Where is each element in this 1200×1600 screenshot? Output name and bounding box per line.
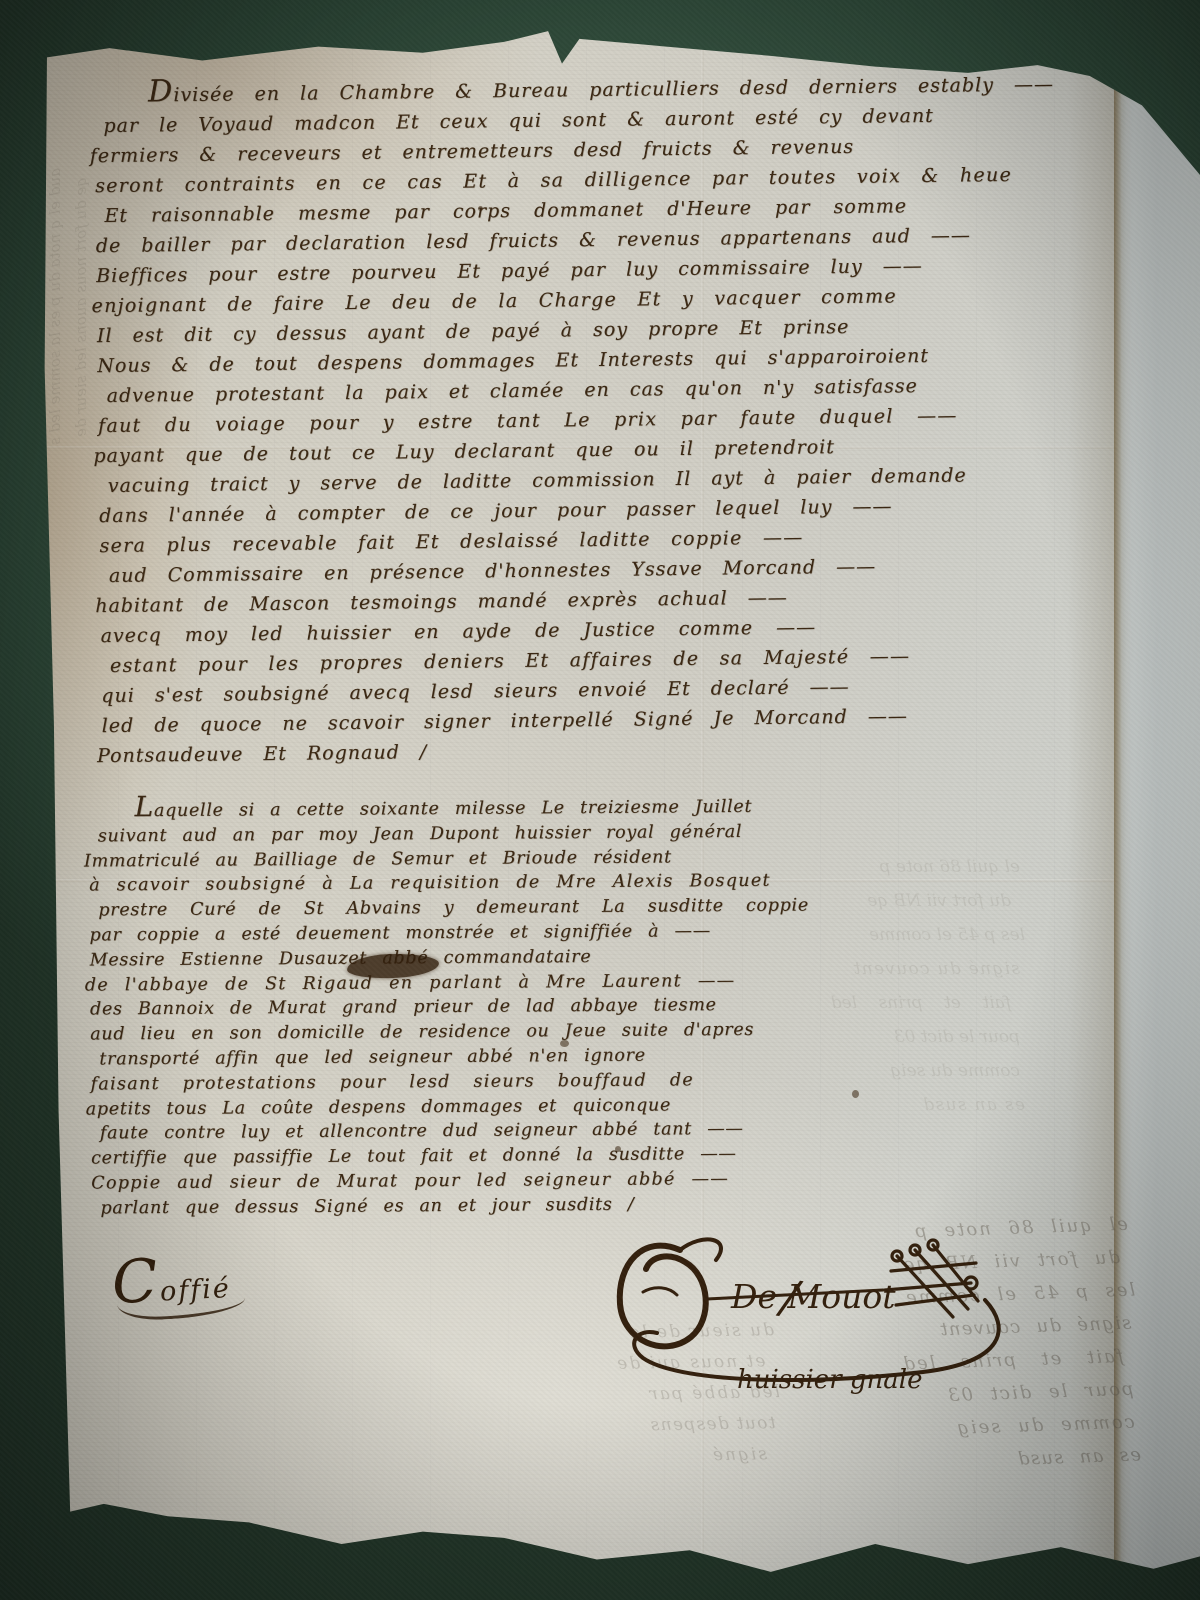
signature-title: huissier gnale: [737, 1365, 922, 1395]
showthrough-line: comme du seig: [654, 1406, 1135, 1456]
showthrough-line: signé: [216, 1439, 767, 1480]
ink-spot: [852, 1090, 859, 1098]
manuscript-paragraph-1: Divisée en la Chambre & Bureau particull…: [94, 66, 1102, 771]
signature-name: De Mouot: [730, 1277, 896, 1316]
showthrough-line: aud el q nota du p es la somme led s: [42, 168, 68, 948]
folded-right-edge: [1114, 28, 1200, 1575]
signature-flourish-icon: De Mouot huissier gnale: [585, 1228, 1017, 1404]
manuscript-paper-sheet: el quil 86 note pdu fort vii NB qeles p …: [40, 28, 1200, 1575]
signature-block: De Mouot huissier gnale: [585, 1228, 1017, 1404]
ink-spot: [478, 206, 483, 211]
ink-spot: [560, 1040, 569, 1047]
photograph-stage: el quil 86 note pdu fort vii NB qeles p …: [0, 0, 1200, 1600]
manuscript-paragraph-2: Laquelle si a cette soixante milesse Le …: [89, 788, 1097, 1221]
showthrough-line: tout despens: [215, 1408, 775, 1449]
ink-spot: [615, 1146, 621, 1152]
copy-note: Coffié: [110, 1243, 232, 1318]
paraph-knot-icon: [885, 1240, 978, 1317]
verso-showthrough-left-margin: aud el q nota du p es la somme led sqe d…: [42, 168, 94, 948]
